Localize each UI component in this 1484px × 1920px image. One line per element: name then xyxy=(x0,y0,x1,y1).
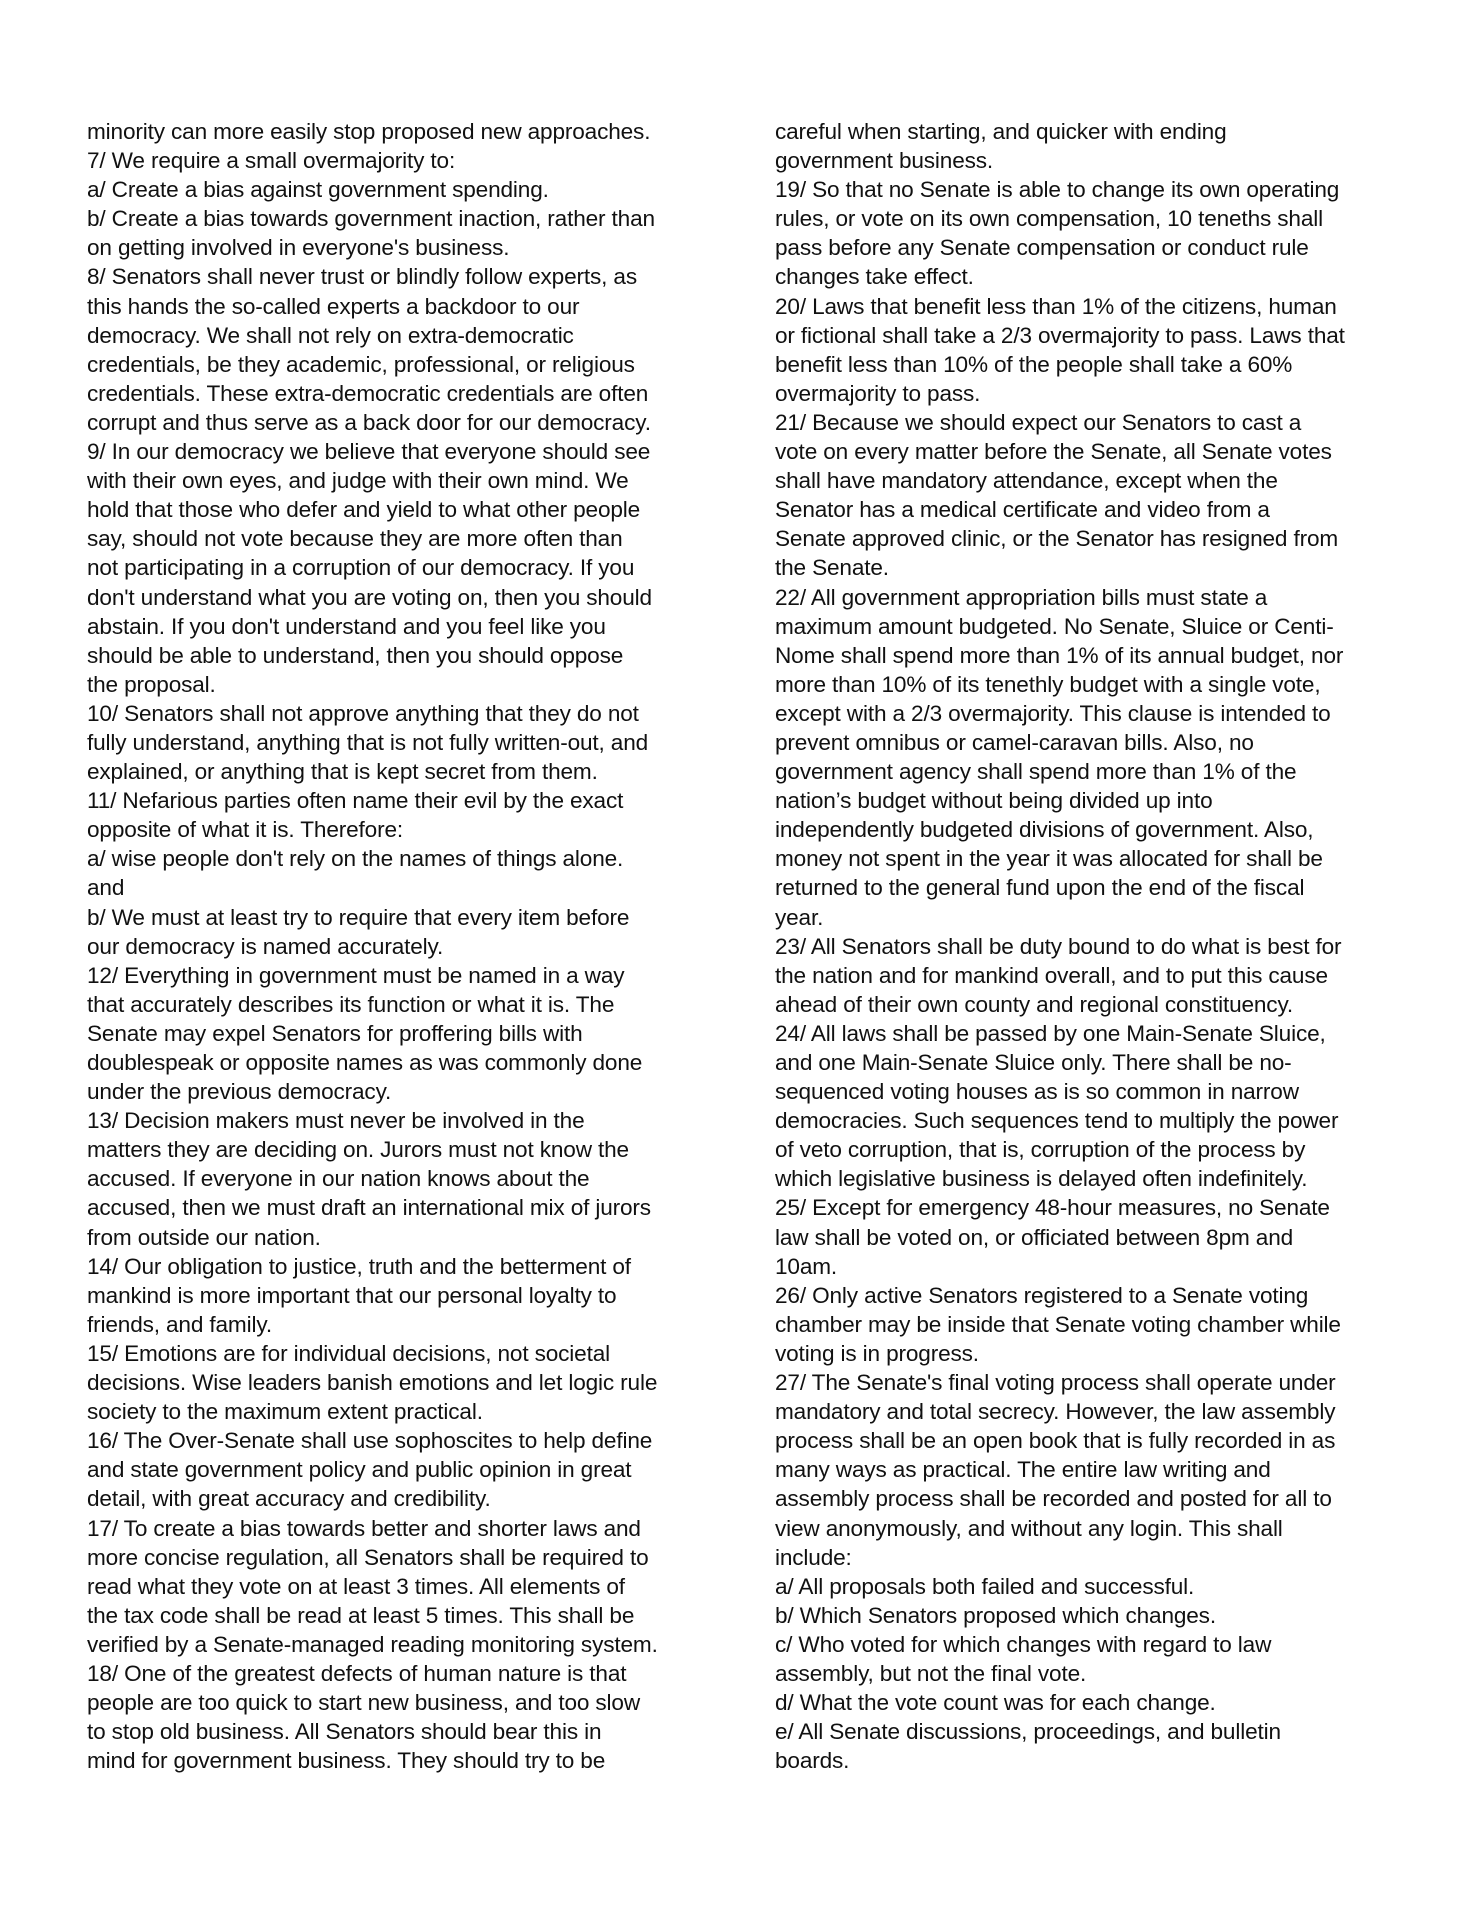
paragraph: d/ What the vote count was for each chan… xyxy=(775,1688,1425,1717)
paragraph: c/ Who voted for which changes with rega… xyxy=(775,1630,1425,1688)
text-line: friends, and family. xyxy=(87,1310,727,1339)
text-line: minority can more easily stop proposed n… xyxy=(87,117,727,146)
text-line: 13/ Decision makers must never be involv… xyxy=(87,1106,727,1135)
text-line: 19/ So that no Senate is able to change … xyxy=(775,175,1425,204)
text-line: independently budgeted divisions of gove… xyxy=(775,815,1425,844)
text-line: read what they vote on at least 3 times.… xyxy=(87,1572,727,1601)
text-line: b/ Which Senators proposed which changes… xyxy=(775,1601,1425,1630)
text-line: verified by a Senate-managed reading mon… xyxy=(87,1630,727,1659)
text-line: a/ Create a bias against government spen… xyxy=(87,175,727,204)
text-line: 14/ Our obligation to justice, truth and… xyxy=(87,1252,727,1281)
text-line: benefit less than 10% of the people shal… xyxy=(775,350,1425,379)
text-line: not participating in a corruption of our… xyxy=(87,553,727,582)
text-line: a/ wise people don't rely on the names o… xyxy=(87,844,727,873)
text-line: 27/ The Senate's final voting process sh… xyxy=(775,1368,1425,1397)
text-line: the Senate. xyxy=(775,553,1425,582)
text-line: returned to the general fund upon the en… xyxy=(775,873,1425,902)
text-line: accused. If everyone in our nation knows… xyxy=(87,1164,727,1193)
text-line: vote on every matter before the Senate, … xyxy=(775,437,1425,466)
paragraph: b/ Which Senators proposed which changes… xyxy=(775,1601,1425,1630)
text-line: a/ All proposals both failed and success… xyxy=(775,1572,1425,1601)
paragraph: 23/ All Senators shall be duty bound to … xyxy=(775,932,1425,1019)
text-line: sequenced voting houses as is so common … xyxy=(775,1077,1425,1106)
text-line: say, should not vote because they are mo… xyxy=(87,524,727,553)
text-line: mind for government business. They shoul… xyxy=(87,1746,727,1775)
text-line: 18/ One of the greatest defects of human… xyxy=(87,1659,727,1688)
text-line: corrupt and thus serve as a back door fo… xyxy=(87,408,727,437)
text-line: b/ We must at least try to require that … xyxy=(87,903,727,932)
text-line: with their own eyes, and judge with thei… xyxy=(87,466,727,495)
text-line: mankind is more important that our perso… xyxy=(87,1281,727,1310)
paragraph: 8/ Senators shall never trust or blindly… xyxy=(87,262,727,437)
text-line: 15/ Emotions are for individual decision… xyxy=(87,1339,727,1368)
text-line: 25/ Except for emergency 48-hour measure… xyxy=(775,1193,1425,1222)
paragraph: a/ Create a bias against government spen… xyxy=(87,175,727,204)
paragraph: e/ All Senate discussions, proceedings, … xyxy=(775,1717,1425,1775)
text-line: society to the maximum extent practical. xyxy=(87,1397,727,1426)
paragraph: 20/ Laws that benefit less than 1% of th… xyxy=(775,292,1425,408)
text-line: process shall be an open book that is fu… xyxy=(775,1426,1425,1455)
text-line: democracy. We shall not rely on extra-de… xyxy=(87,321,727,350)
text-line: e/ All Senate discussions, proceedings, … xyxy=(775,1717,1425,1746)
paragraph: 11/ Nefarious parties often name their e… xyxy=(87,786,727,844)
text-line: changes take effect. xyxy=(775,262,1425,291)
paragraph: 27/ The Senate's final voting process sh… xyxy=(775,1368,1425,1572)
text-line: this hands the so-called experts a backd… xyxy=(87,292,727,321)
text-line: explained, or anything that is kept secr… xyxy=(87,757,727,786)
document-page: minority can more easily stop proposed n… xyxy=(0,0,1484,1920)
text-line: money not spent in the year it was alloc… xyxy=(775,844,1425,873)
text-line: law shall be voted on, or officiated bet… xyxy=(775,1223,1425,1252)
paragraph: a/ All proposals both failed and success… xyxy=(775,1572,1425,1601)
text-line: assembly, but not the final vote. xyxy=(775,1659,1425,1688)
paragraph: minority can more easily stop proposed n… xyxy=(87,117,727,146)
text-line: chamber may be inside that Senate voting… xyxy=(775,1310,1425,1339)
text-line: credentials, be they academic, professio… xyxy=(87,350,727,379)
right-column: careful when starting, and quicker with … xyxy=(775,117,1425,1775)
paragraph: 13/ Decision makers must never be involv… xyxy=(87,1106,727,1251)
paragraph: 7/ We require a small overmajority to: xyxy=(87,146,727,175)
text-line: or fictional shall take a 2/3 overmajori… xyxy=(775,321,1425,350)
paragraph: 15/ Emotions are for individual decision… xyxy=(87,1339,727,1426)
text-line: maximum amount budgeted. No Senate, Slui… xyxy=(775,612,1425,641)
text-line: hold that those who defer and yield to w… xyxy=(87,495,727,524)
text-line: democracies. Such sequences tend to mult… xyxy=(775,1106,1425,1135)
text-line: 10/ Senators shall not approve anything … xyxy=(87,699,727,728)
text-line: 26/ Only active Senators registered to a… xyxy=(775,1281,1425,1310)
text-line: b/ Create a bias towards government inac… xyxy=(87,204,727,233)
text-line: people are too quick to start new busine… xyxy=(87,1688,727,1717)
text-line: nation’s budget without being divided up… xyxy=(775,786,1425,815)
text-line: 8/ Senators shall never trust or blindly… xyxy=(87,262,727,291)
text-line: ahead of their own county and regional c… xyxy=(775,990,1425,1019)
text-line: d/ What the vote count was for each chan… xyxy=(775,1688,1425,1717)
text-line: don't understand what you are voting on,… xyxy=(87,583,727,612)
text-line: opposite of what it is. Therefore: xyxy=(87,815,727,844)
text-line: c/ Who voted for which changes with rega… xyxy=(775,1630,1425,1659)
text-line: Nome shall spend more than 1% of its ann… xyxy=(775,641,1425,670)
text-line: 23/ All Senators shall be duty bound to … xyxy=(775,932,1425,961)
paragraph: 24/ All laws shall be passed by one Main… xyxy=(775,1019,1425,1194)
text-line: our democracy is named accurately. xyxy=(87,932,727,961)
paragraph: 18/ One of the greatest defects of human… xyxy=(87,1659,727,1775)
paragraph: 9/ In our democracy we believe that ever… xyxy=(87,437,727,699)
paragraph: 26/ Only active Senators registered to a… xyxy=(775,1281,1425,1368)
text-line: 20/ Laws that benefit less than 1% of th… xyxy=(775,292,1425,321)
text-line: more concise regulation, all Senators sh… xyxy=(87,1543,727,1572)
text-line: to stop old business. All Senators shoul… xyxy=(87,1717,727,1746)
text-line: from outside our nation. xyxy=(87,1223,727,1252)
text-line: the proposal. xyxy=(87,670,727,699)
text-line: 9/ In our democracy we believe that ever… xyxy=(87,437,727,466)
paragraph: 16/ The Over-Senate shall use sophoscite… xyxy=(87,1426,727,1513)
paragraph: careful when starting, and quicker with … xyxy=(775,117,1425,175)
text-line: 16/ The Over-Senate shall use sophoscite… xyxy=(87,1426,727,1455)
text-line: doublespeak or opposite names as was com… xyxy=(87,1048,727,1077)
text-line: 22/ All government appropriation bills m… xyxy=(775,583,1425,612)
text-line: many ways as practical. The entire law w… xyxy=(775,1455,1425,1484)
text-line: and xyxy=(87,873,727,902)
paragraph: 22/ All government appropriation bills m… xyxy=(775,583,1425,932)
text-line: boards. xyxy=(775,1746,1425,1775)
text-line: Senator has a medical certificate and vi… xyxy=(775,495,1425,524)
text-line: voting is in progress. xyxy=(775,1339,1425,1368)
paragraph: b/ We must at least try to require that … xyxy=(87,903,727,961)
text-line: and one Main-Senate Sluice only. There s… xyxy=(775,1048,1425,1077)
text-line: mandatory and total secrecy. However, th… xyxy=(775,1397,1425,1426)
text-line: assembly process shall be recorded and p… xyxy=(775,1484,1425,1513)
paragraph: 17/ To create a bias towards better and … xyxy=(87,1514,727,1659)
text-line: pass before any Senate compensation or c… xyxy=(775,233,1425,262)
paragraph: a/ wise people don't rely on the names o… xyxy=(87,844,727,902)
paragraph: 21/ Because we should expect our Senator… xyxy=(775,408,1425,583)
text-line: careful when starting, and quicker with … xyxy=(775,117,1425,146)
text-line: 24/ All laws shall be passed by one Main… xyxy=(775,1019,1425,1048)
paragraph: 12/ Everything in government must be nam… xyxy=(87,961,727,1106)
paragraph: 14/ Our obligation to justice, truth and… xyxy=(87,1252,727,1339)
text-line: accused, then we must draft an internati… xyxy=(87,1193,727,1222)
text-line: 7/ We require a small overmajority to: xyxy=(87,146,727,175)
text-line: of veto corruption, that is, corruption … xyxy=(775,1135,1425,1164)
text-line: should be able to understand, then you s… xyxy=(87,641,727,670)
text-line: on getting involved in everyone's busine… xyxy=(87,233,727,262)
text-line: 11/ Nefarious parties often name their e… xyxy=(87,786,727,815)
text-line: overmajority to pass. xyxy=(775,379,1425,408)
text-line: government agency shall spend more than … xyxy=(775,757,1425,786)
text-line: and state government policy and public o… xyxy=(87,1455,727,1484)
text-line: abstain. If you don't understand and you… xyxy=(87,612,727,641)
text-line: Senate may expel Senators for proffering… xyxy=(87,1019,727,1048)
text-line: rules, or vote on its own compensation, … xyxy=(775,204,1425,233)
text-line: matters they are deciding on. Jurors mus… xyxy=(87,1135,727,1164)
left-column: minority can more easily stop proposed n… xyxy=(87,117,727,1775)
text-line: decisions. Wise leaders banish emotions … xyxy=(87,1368,727,1397)
text-line: that accurately describes its function o… xyxy=(87,990,727,1019)
text-line: which legislative business is delayed of… xyxy=(775,1164,1425,1193)
text-line: view anonymously, and without any login.… xyxy=(775,1514,1425,1543)
text-line: credentials. These extra-democratic cred… xyxy=(87,379,727,408)
text-line: 17/ To create a bias towards better and … xyxy=(87,1514,727,1543)
text-line: include: xyxy=(775,1543,1425,1572)
text-line: prevent omnibus or camel-caravan bills. … xyxy=(775,728,1425,757)
paragraph: 25/ Except for emergency 48-hour measure… xyxy=(775,1193,1425,1280)
paragraph: 10/ Senators shall not approve anything … xyxy=(87,699,727,786)
text-line: shall have mandatory attendance, except … xyxy=(775,466,1425,495)
text-line: Senate approved clinic, or the Senator h… xyxy=(775,524,1425,553)
text-line: detail, with great accuracy and credibil… xyxy=(87,1484,727,1513)
text-line: under the previous democracy. xyxy=(87,1077,727,1106)
text-line: except with a 2/3 overmajority. This cla… xyxy=(775,699,1425,728)
text-line: the tax code shall be read at least 5 ti… xyxy=(87,1601,727,1630)
text-line: more than 10% of its tenethly budget wit… xyxy=(775,670,1425,699)
text-line: 12/ Everything in government must be nam… xyxy=(87,961,727,990)
paragraph: 19/ So that no Senate is able to change … xyxy=(775,175,1425,291)
text-line: 10am. xyxy=(775,1252,1425,1281)
text-line: year. xyxy=(775,903,1425,932)
text-line: fully understand, anything that is not f… xyxy=(87,728,727,757)
text-line: government business. xyxy=(775,146,1425,175)
paragraph: b/ Create a bias towards government inac… xyxy=(87,204,727,262)
text-line: the nation and for mankind overall, and … xyxy=(775,961,1425,990)
text-line: 21/ Because we should expect our Senator… xyxy=(775,408,1425,437)
